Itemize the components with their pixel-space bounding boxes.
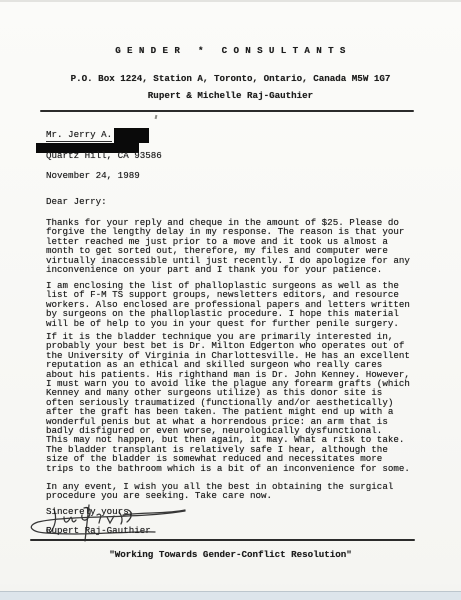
footer-tagline: "Working Towards Gender-Conflict Resolut…: [0, 550, 461, 559]
body-paragraph-2: I am enclosing the list of phalloplastic…: [46, 281, 426, 328]
handwritten-signature-scrawl: [25, 502, 210, 548]
recipient-name-line: Mr. Jerry A.: [46, 130, 112, 139]
salutation: Dear Jerry:: [46, 197, 107, 206]
body-paragraph-3: If it is the bladder technique you are p…: [46, 332, 426, 473]
scan-edge-top: [0, 0, 461, 2]
scan-edge-bottom: [0, 591, 461, 600]
footer-divider-rule: [30, 539, 415, 541]
body-paragraph-1: Thanks for your reply and cheque in the …: [46, 218, 426, 274]
date-line: November 24, 1989: [46, 171, 140, 180]
redaction-bar-surname: [114, 128, 149, 143]
letterhead-company-name: G E N D E R * C O N S U L T A N T S: [0, 46, 461, 55]
recipient-name-text: Mr. Jerry A.: [46, 129, 112, 142]
letterhead-divider-rule: [40, 110, 414, 112]
scanned-letter-page: G E N D E R * C O N S U L T A N T S P.O.…: [0, 0, 461, 600]
letterhead-principals: Rupert & Michelle Raj-Gauthier: [0, 91, 461, 100]
body-paragraph-4: In any event, I wish you all the best in…: [46, 482, 426, 501]
recipient-city-line: Quartz Hill, CA 93586: [46, 151, 162, 160]
scan-speck: [155, 115, 158, 119]
letterhead-address: P.O. Box 1224, Station A, Toronto, Ontar…: [0, 74, 461, 83]
